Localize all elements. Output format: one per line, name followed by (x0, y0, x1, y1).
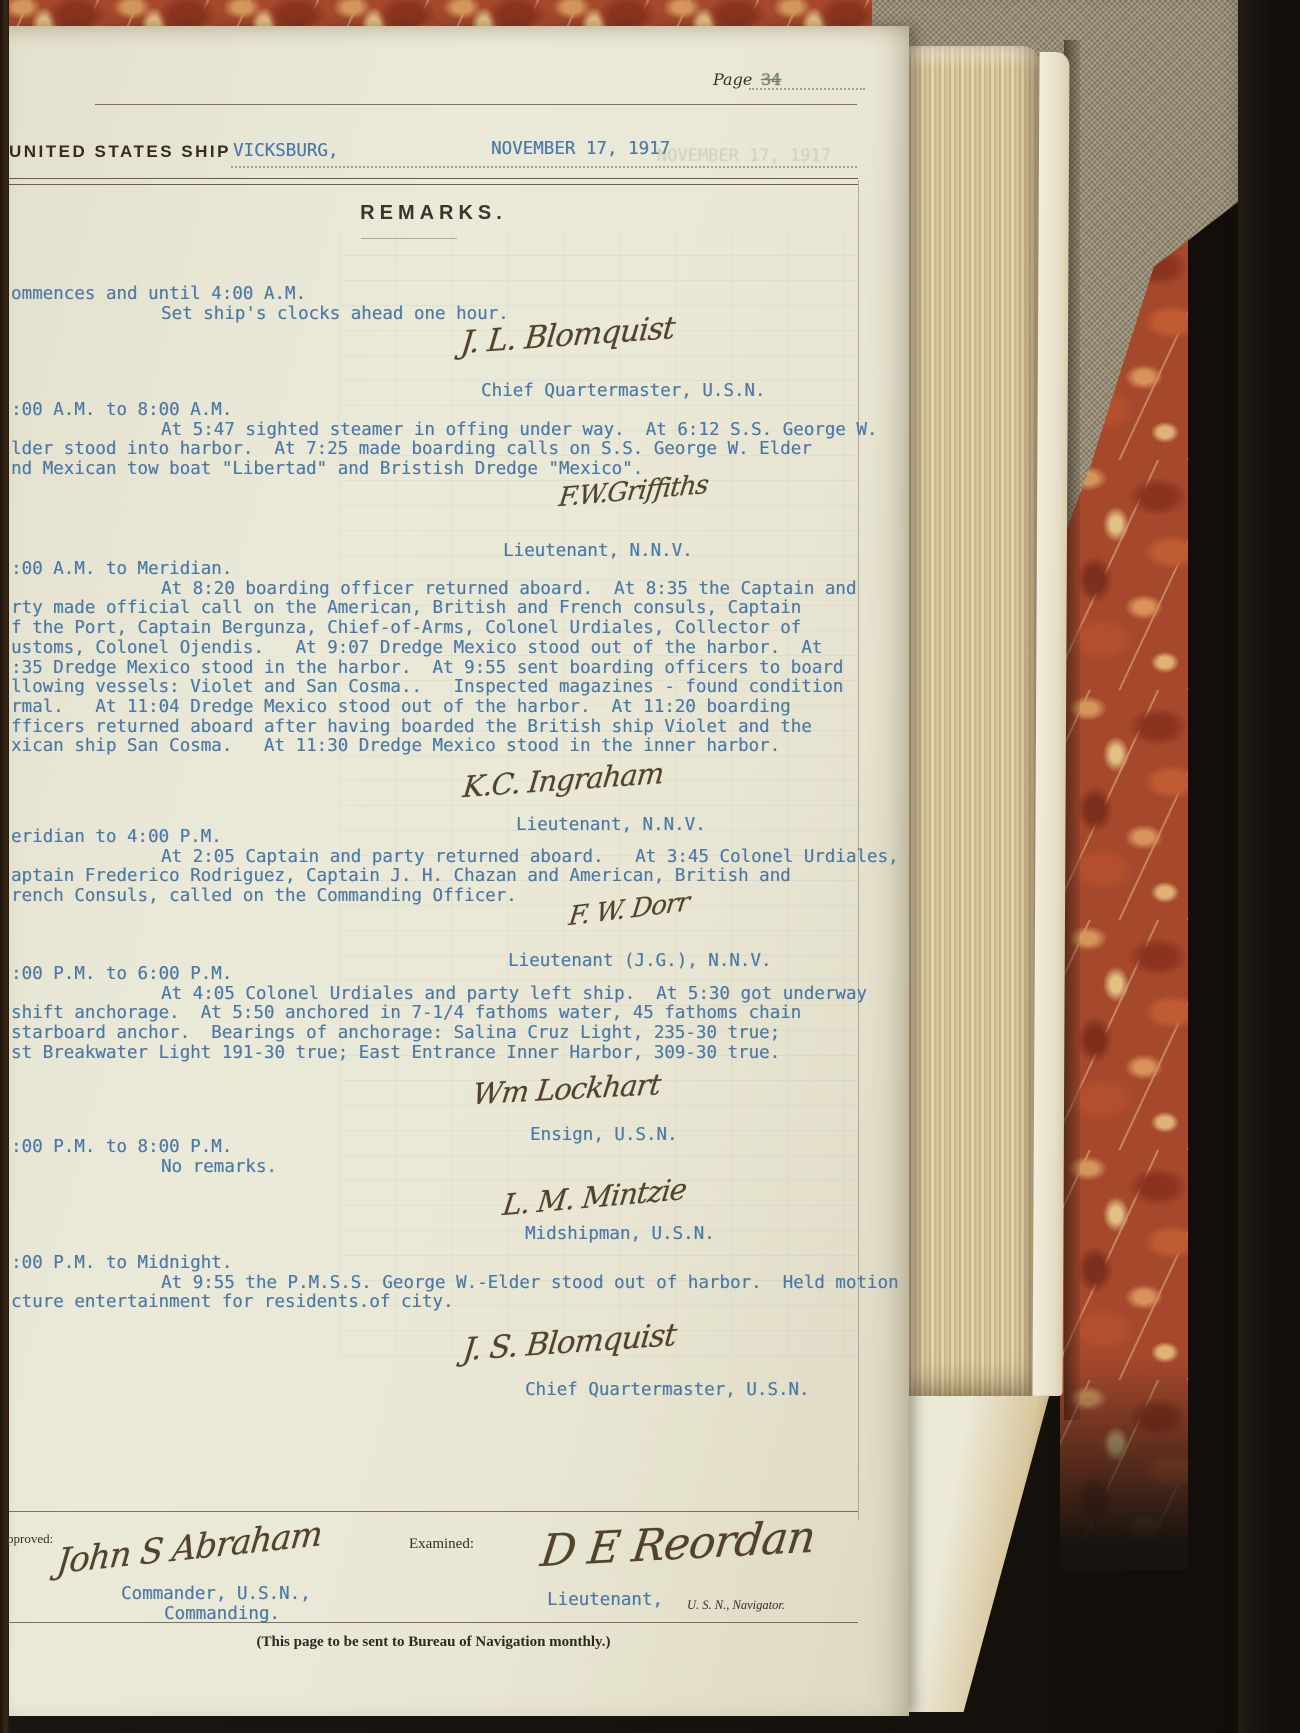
entry-period: :00 P.M. to Midnight. (11, 1254, 871, 1274)
log-entry-3: :00 A.M. to Meridian. At 8:20 boarding o… (11, 560, 871, 757)
photo-background (1238, 0, 1300, 1733)
approved-label: pproved: (7, 1531, 53, 1547)
log-page: Page 34 UNITED STATES SHIP VICKSBURG, NO… (9, 26, 909, 1716)
examined-title: Lieutenant, (547, 1590, 663, 1610)
ghost-bleed-date: NOVEMBER 17, 1917 (657, 146, 831, 166)
entry-line: aptain Frederico Rodriguez, Captain J. H… (11, 867, 871, 887)
ship-name-line (231, 166, 857, 168)
log-date: NOVEMBER 17, 1917 (491, 139, 670, 159)
log-entry-5: :00 P.M. to 6:00 P.M. At 4:05 Colonel Ur… (11, 965, 871, 1064)
entry-line: :35 Dredge Mexico stood in the harbor. A… (11, 659, 871, 679)
entry-line: At 2:05 Captain and party returned aboar… (11, 848, 871, 868)
log-entry-4: eridian to 4:00 P.M. At 2:05 Captain and… (11, 828, 871, 907)
signer-title: Chief Quartermaster, U.S.N. (481, 381, 765, 401)
entry-line: fficers returned aboard after having boa… (11, 718, 871, 738)
signature-mintzie: L. M. Mintzie (501, 1172, 688, 1223)
entry-line: Set ship's clocks ahead one hour. (11, 305, 871, 325)
approval-box-top-rule (9, 1511, 858, 1512)
entry-period: :00 A.M. to Meridian. (11, 560, 871, 580)
log-entry-2: :00 A.M. to 8:00 A.M. At 5:47 sighted st… (11, 401, 871, 480)
book-board-left-edge (0, 0, 9, 1733)
page-fore-edges (906, 46, 1040, 1398)
entry-period: eridian to 4:00 P.M. (11, 828, 871, 848)
examined-label: Examined: (409, 1536, 474, 1553)
remarks-title: REMARKS. (9, 202, 858, 225)
photo-of-logbook: { "book": { "page_label": "Page", "page_… (0, 0, 1300, 1733)
approved-title-line2: Commanding. (164, 1604, 280, 1624)
footer-note: (This page to be sent to Bureau of Navig… (9, 1634, 858, 1651)
page-number: 34 (761, 70, 781, 89)
entry-line: rty made official call on the American, … (11, 599, 871, 619)
signature-commanding-officer: John S Abraham (55, 1514, 324, 1582)
entry-line: f the Port, Captain Bergunza, Chief-of-A… (11, 619, 871, 639)
entry-period: :00 P.M. to 6:00 P.M. (11, 965, 871, 985)
navigator-printed-title: U. S. N., Navigator. (687, 1598, 785, 1613)
entry-line: nd Mexican tow boat "Libertad" and Brist… (11, 460, 871, 480)
entry-line: At 4:05 Colonel Urdiales and party left … (11, 985, 871, 1005)
ship-name: VICKSBURG, (233, 141, 338, 161)
header-double-rule (9, 178, 858, 185)
entry-line: rmal. At 11:04 Dredge Mexico stood out o… (11, 698, 871, 718)
marbled-cover-top-strip (0, 0, 872, 27)
entry-line: starboard anchor. Bearings of anchorage:… (11, 1024, 871, 1044)
remarks-underline (361, 238, 457, 239)
united-states-ship-label: UNITED STATES SHIP (9, 142, 231, 162)
page-label: Page (713, 70, 752, 89)
entry-line: ustoms, Colonel Ojendis. At 9:07 Dredge … (11, 639, 871, 659)
entry-period: ommences and until 4:00 A.M. (11, 285, 871, 305)
signer-title: Chief Quartermaster, U.S.N. (525, 1380, 809, 1400)
signer-title: Lieutenant, N.N.V. (503, 541, 693, 561)
log-entry-1: ommences and until 4:00 A.M. Set ship's … (11, 285, 871, 324)
signature-lockhart: Wm Lockhart (471, 1067, 662, 1111)
entry-line: lder stood into harbor. At 7:25 made boa… (11, 440, 871, 460)
signer-title: Midshipman, U.S.N. (525, 1224, 715, 1244)
entry-line: llowing vessels: Violet and San Cosma.. … (11, 678, 871, 698)
entry-line: xican ship San Cosma. At 11:30 Dredge Me… (11, 737, 871, 757)
entry-period: :00 A.M. to 8:00 A.M. (11, 401, 871, 421)
approved-title-line1: Commander, U.S.N., (121, 1584, 311, 1604)
log-entry-7: :00 P.M. to Midnight. At 9:55 the P.M.S.… (11, 1254, 871, 1313)
entry-line: At 9:55 the P.M.S.S. George W.-Elder sto… (11, 1274, 871, 1294)
entry-line: st Breakwater Light 191-30 true; East En… (11, 1044, 871, 1064)
entry-line: shift anchorage. At 5:50 anchored in 7-1… (11, 1004, 871, 1024)
signature-blomquist-2: J. S. Blomquist (461, 1317, 678, 1368)
approval-box-bottom-rule (9, 1622, 858, 1623)
entry-line: At 8:20 boarding officer returned aboard… (11, 580, 871, 600)
top-rule (95, 104, 857, 105)
signature-navigator: D E Reordan (538, 1511, 818, 1577)
entry-period: :00 P.M. to 8:00 P.M. (11, 1138, 871, 1158)
entry-line: At 5:47 sighted steamer in offing under … (11, 421, 871, 441)
entry-line: No remarks. (11, 1158, 871, 1178)
log-entry-6: :00 P.M. to 8:00 P.M. No remarks. L. M. … (11, 1138, 871, 1177)
signature-ingraham: K.C. Ingraham (461, 756, 665, 804)
entry-line: rench Consuls, called on the Commanding … (11, 887, 871, 907)
entry-line: cture entertainment for residents.of cit… (11, 1293, 871, 1313)
